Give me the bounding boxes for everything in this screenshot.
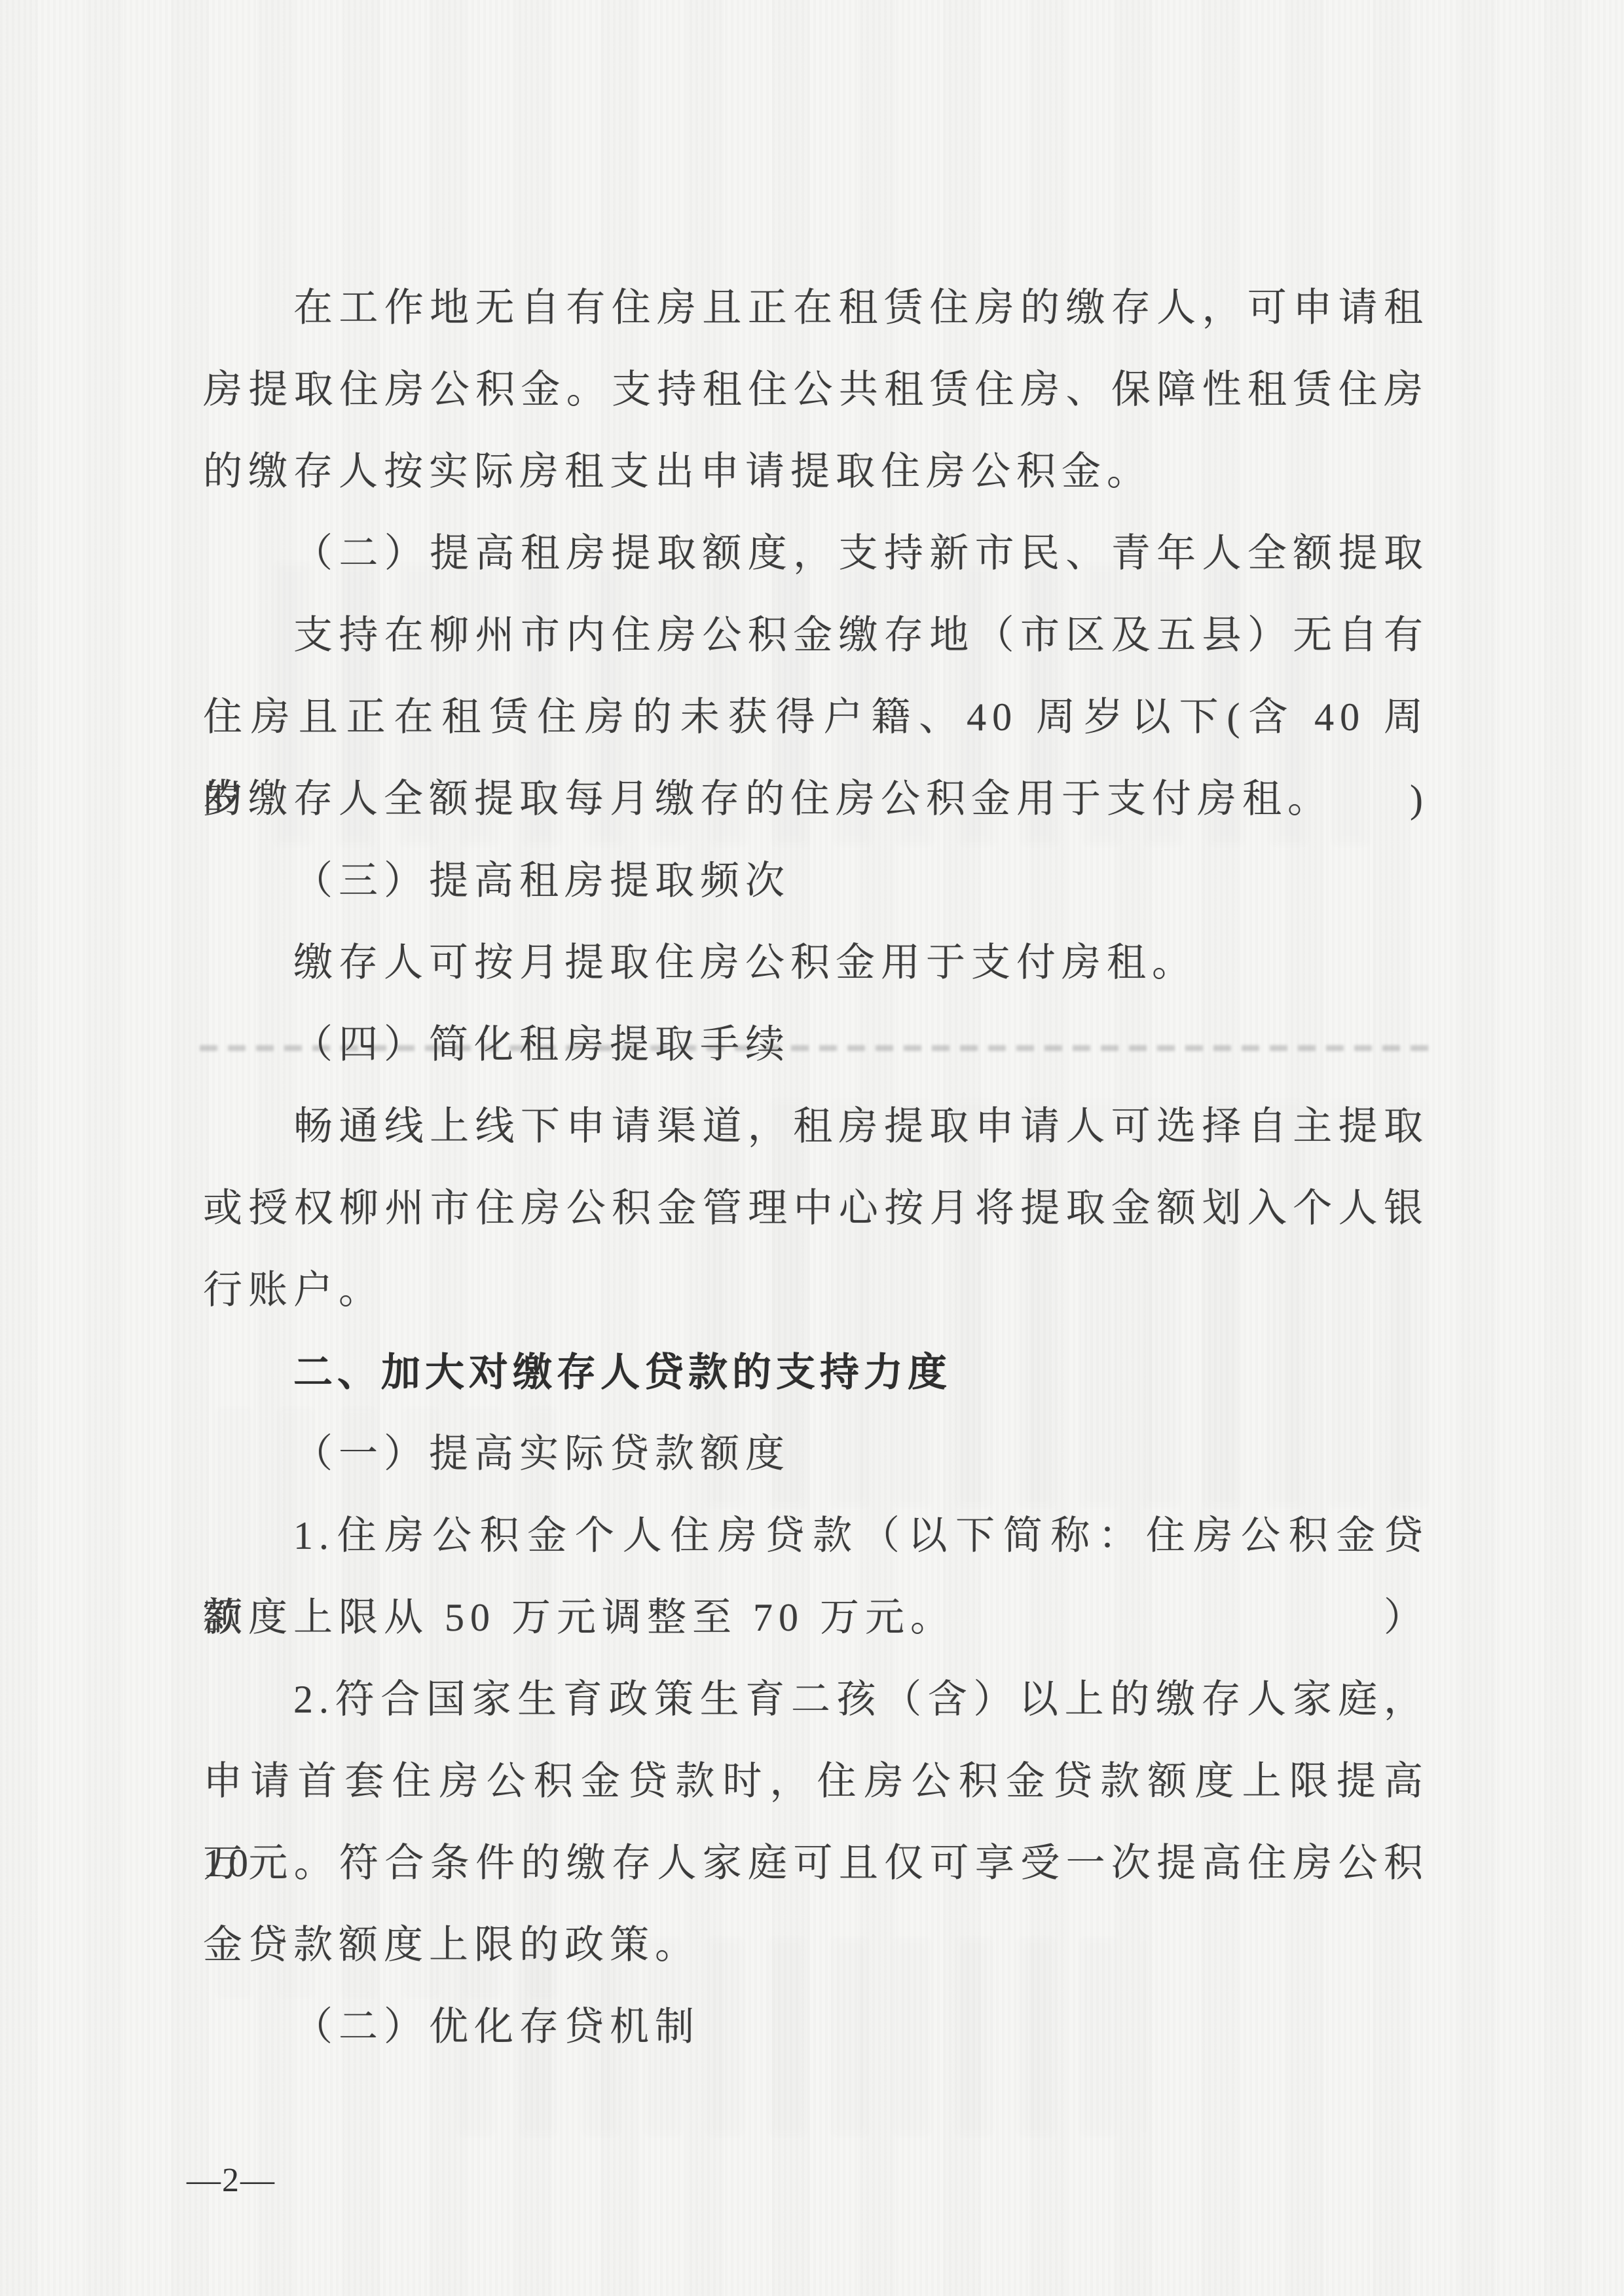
text-line: 缴存人可按月提取住房公积金用于支付房租。 xyxy=(203,922,1429,1004)
page-number: —2— xyxy=(187,2161,276,2200)
text-line: 住房且正在租赁住房的未获得户籍、40 周岁以下(含 40 周岁) xyxy=(203,676,1429,758)
text-line: 申请首套住房公积金贷款时，住房公积金贷款额度上限提高 10 xyxy=(203,1741,1429,1823)
text-line: 或授权柳州市住房公积金管理中心按月将提取金额划入个人银 xyxy=(203,1168,1429,1250)
text-line: 1.住房公积金个人住房贷款（以下简称：住房公积金贷款） xyxy=(203,1495,1429,1577)
text-line: （三）提高租房提取频次 xyxy=(203,840,1429,922)
text-line: 房提取住房公积金。支持租住公共租赁住房、保障性租赁住房 xyxy=(203,349,1429,431)
text-line: （四）简化租房提取手续 xyxy=(203,1004,1429,1086)
text-line: 万元。符合条件的缴存人家庭可且仅可享受一次提高住房公积 xyxy=(203,1823,1429,1904)
text-line: 支持在柳州市内住房公积金缴存地（市区及五县）无自有 xyxy=(203,595,1429,676)
text-line: 畅通线上线下申请渠道，租房提取申请人可选择自主提取 xyxy=(203,1086,1429,1168)
text-line: 行账户。 xyxy=(203,1250,1429,1331)
text-line: 的缴存人按实际房租支出申请提取住房公积金。 xyxy=(203,431,1429,513)
document-text-block: 在工作地无自有住房且正在租赁住房的缴存人，可申请租房提取住房公积金。支持租住公共… xyxy=(203,267,1429,2068)
document-page: { "document": { "lines": [ { "text": "在工… xyxy=(0,0,1624,2296)
text-line: （二）提高租房提取额度，支持新市民、青年人全额提取 xyxy=(203,513,1429,595)
text-line: 的缴存人全额提取每月缴存的住房公积金用于支付房租。 xyxy=(203,758,1429,840)
text-line: （二）优化存贷机制 xyxy=(203,1986,1429,2068)
text-line: 在工作地无自有住房且正在租赁住房的缴存人，可申请租 xyxy=(203,267,1429,349)
text-line: 二、加大对缴存人贷款的支持力度 xyxy=(203,1331,1429,1413)
text-line: 2.符合国家生育政策生育二孩（含）以上的缴存人家庭， xyxy=(203,1659,1429,1741)
text-line: 金贷款额度上限的政策。 xyxy=(203,1904,1429,1986)
text-line: （一）提高实际贷款额度 xyxy=(203,1413,1429,1495)
